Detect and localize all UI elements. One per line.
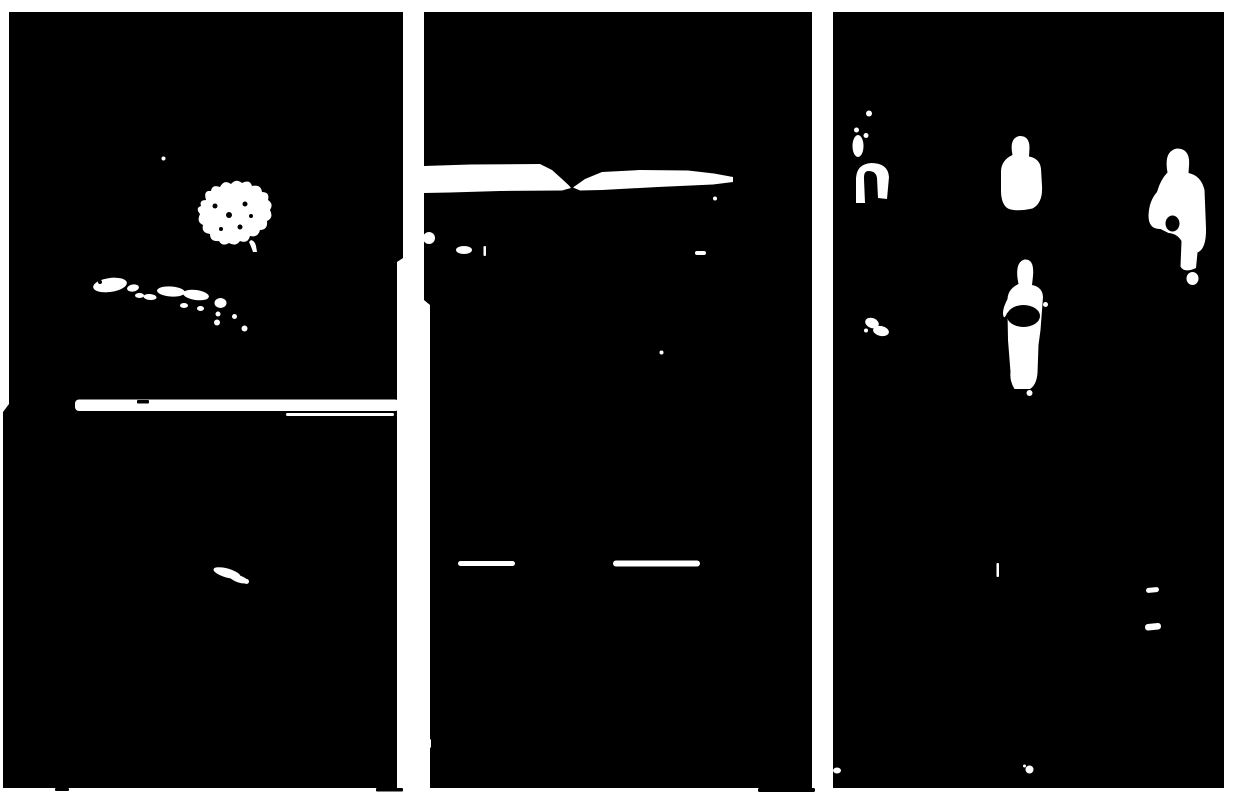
left-photo-gutter-bar (75, 400, 399, 412)
right-person-bottom-bag-hole (1007, 305, 1040, 327)
left-bottom-edge-bump-a (55, 788, 69, 791)
left-tree-hole-5 (219, 227, 223, 231)
binary-mask-figure (0, 0, 1239, 807)
right-bottom-dot-center (1026, 766, 1034, 774)
middle-lower-line-right (613, 561, 700, 567)
left-hedge-streak-6 (180, 303, 188, 308)
left-tree-hole-3 (243, 202, 248, 207)
right-person-bottom-foot-dot (1027, 390, 1033, 396)
left-tree-hole-4 (238, 225, 243, 230)
right-fragment-torso (853, 135, 864, 157)
left-tree-hole-2 (226, 212, 232, 218)
middle-edge-sliver-1 (427, 585, 430, 601)
left-lower-streak-dot (244, 579, 249, 584)
right-person-seated-foot (1187, 272, 1199, 285)
middle-small-blob (456, 246, 472, 254)
panel-middle-shelf-scene-mask (424, 12, 812, 788)
left-hedge-streak-1-hole (98, 280, 102, 284)
middle-left-edge-blob (423, 232, 435, 244)
left-hedge-dot-1 (216, 312, 221, 317)
left-small-dot (162, 157, 166, 161)
middle-lower-line-left (458, 561, 515, 566)
middle-tiny-dot (660, 351, 664, 355)
left-hedge-streak-8 (215, 298, 227, 308)
right-bottom-dot-center-b (1023, 765, 1026, 768)
middle-small-tick (484, 246, 487, 256)
middle-band-dot (713, 197, 717, 201)
left-hedge-streak-7 (197, 306, 204, 311)
right-person-bottom-hand-dot (1043, 302, 1048, 307)
middle-edge-sliver-3 (428, 739, 431, 748)
left-hedge-dot-2 (214, 320, 220, 326)
middle-bottom-edge-bump (758, 788, 815, 792)
left-hedge-streak-3 (135, 293, 144, 298)
right-person-seated-knee-hole (1166, 216, 1180, 232)
middle-edge-sliver-2 (427, 651, 430, 659)
left-hedge-dot-4 (242, 326, 248, 332)
right-fragment-head-dot (866, 111, 872, 117)
right-thin-tick (997, 563, 1000, 577)
panel-right-people-scene-mask (833, 12, 1224, 788)
left-tree-hole-6 (249, 214, 253, 218)
left-photo-gutter-underline (286, 413, 394, 416)
right-bottom-dot-left (833, 768, 841, 774)
right-splotch-dot (864, 329, 868, 333)
middle-small-dash (695, 251, 706, 255)
left-bottom-edge-bump-b (376, 788, 403, 792)
left-tree-hole-1 (213, 204, 218, 209)
left-photo-gutter-speck (137, 400, 149, 404)
left-hedge-dot-3 (232, 314, 237, 319)
right-fragment-dot-b (864, 133, 869, 138)
mask-triptych-canvas (0, 0, 1239, 807)
right-fragment-dot-a (854, 128, 859, 133)
